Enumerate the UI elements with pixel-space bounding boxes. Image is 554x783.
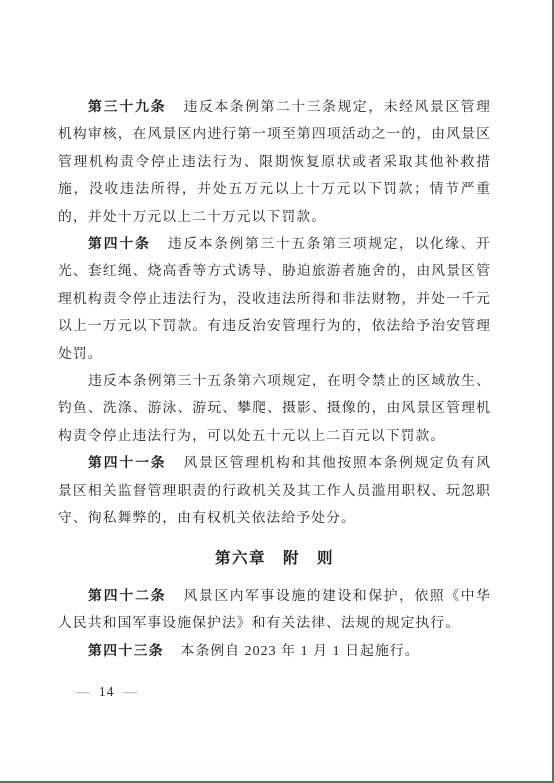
document-body: 第三十九条 违反本条例第二十三条规定，未经风景区管理机构审核，在风景区内进行第一… <box>58 93 491 664</box>
article-paragraph-43: 第四十三条 本条例自 2023 年 1 月 1 日起施行。 <box>58 637 491 664</box>
chapter-heading: 第六章 附 则 <box>58 545 491 572</box>
document-page: 第三十九条 违反本条例第二十三条规定，未经风景区管理机构审核，在风景区内进行第一… <box>0 0 554 783</box>
article-text: 违反本条例第二十三条规定，未经风景区管理机构审核，在风景区内进行第一项至第四项活… <box>58 99 491 224</box>
article-text: 违反本条例第三十五条第三项规定，以化缘、开光、套红绳、烧高香等方式诱导、胁迫旅游… <box>58 236 491 361</box>
article-text: 本条例自 2023 年 1 月 1 日起施行。 <box>181 643 420 658</box>
page-number-value: 14 <box>99 684 115 699</box>
article-number: 第四十三条 <box>88 643 164 658</box>
article-paragraph-41: 第四十一条 风景区管理机构和其他按照本条例规定负有风景区相关监督管理职责的行政机… <box>58 449 491 531</box>
article-paragraph-42: 第四十二条 风景区内军事设施的建设和保护，依照《中华人民共和国军事设施保护法》和… <box>58 582 491 637</box>
page-number-dash-right: — <box>124 684 138 699</box>
article-text: 违反本条例第三十五条第六项规定，在明令禁止的区域放生、钓鱼、洗涤、游泳、游玩、攀… <box>58 373 491 443</box>
article-number: 第四十条 <box>88 236 151 251</box>
article-paragraph-40: 第四十条 违反本条例第三十五条第三项规定，以化缘、开光、套红绳、烧高香等方式诱导… <box>58 230 491 367</box>
article-paragraph-39: 第三十九条 违反本条例第二十三条规定，未经风景区管理机构审核，在风景区内进行第一… <box>58 93 491 230</box>
page-number: — 14 — <box>76 682 137 702</box>
article-number: 第三十九条 <box>88 99 167 114</box>
article-paragraph-40-continued: 违反本条例第三十五条第六项规定，在明令禁止的区域放生、钓鱼、洗涤、游泳、游玩、攀… <box>58 367 491 449</box>
page-number-dash-left: — <box>76 684 90 699</box>
article-number: 第四十二条 <box>88 588 167 603</box>
article-number: 第四十一条 <box>88 455 167 470</box>
